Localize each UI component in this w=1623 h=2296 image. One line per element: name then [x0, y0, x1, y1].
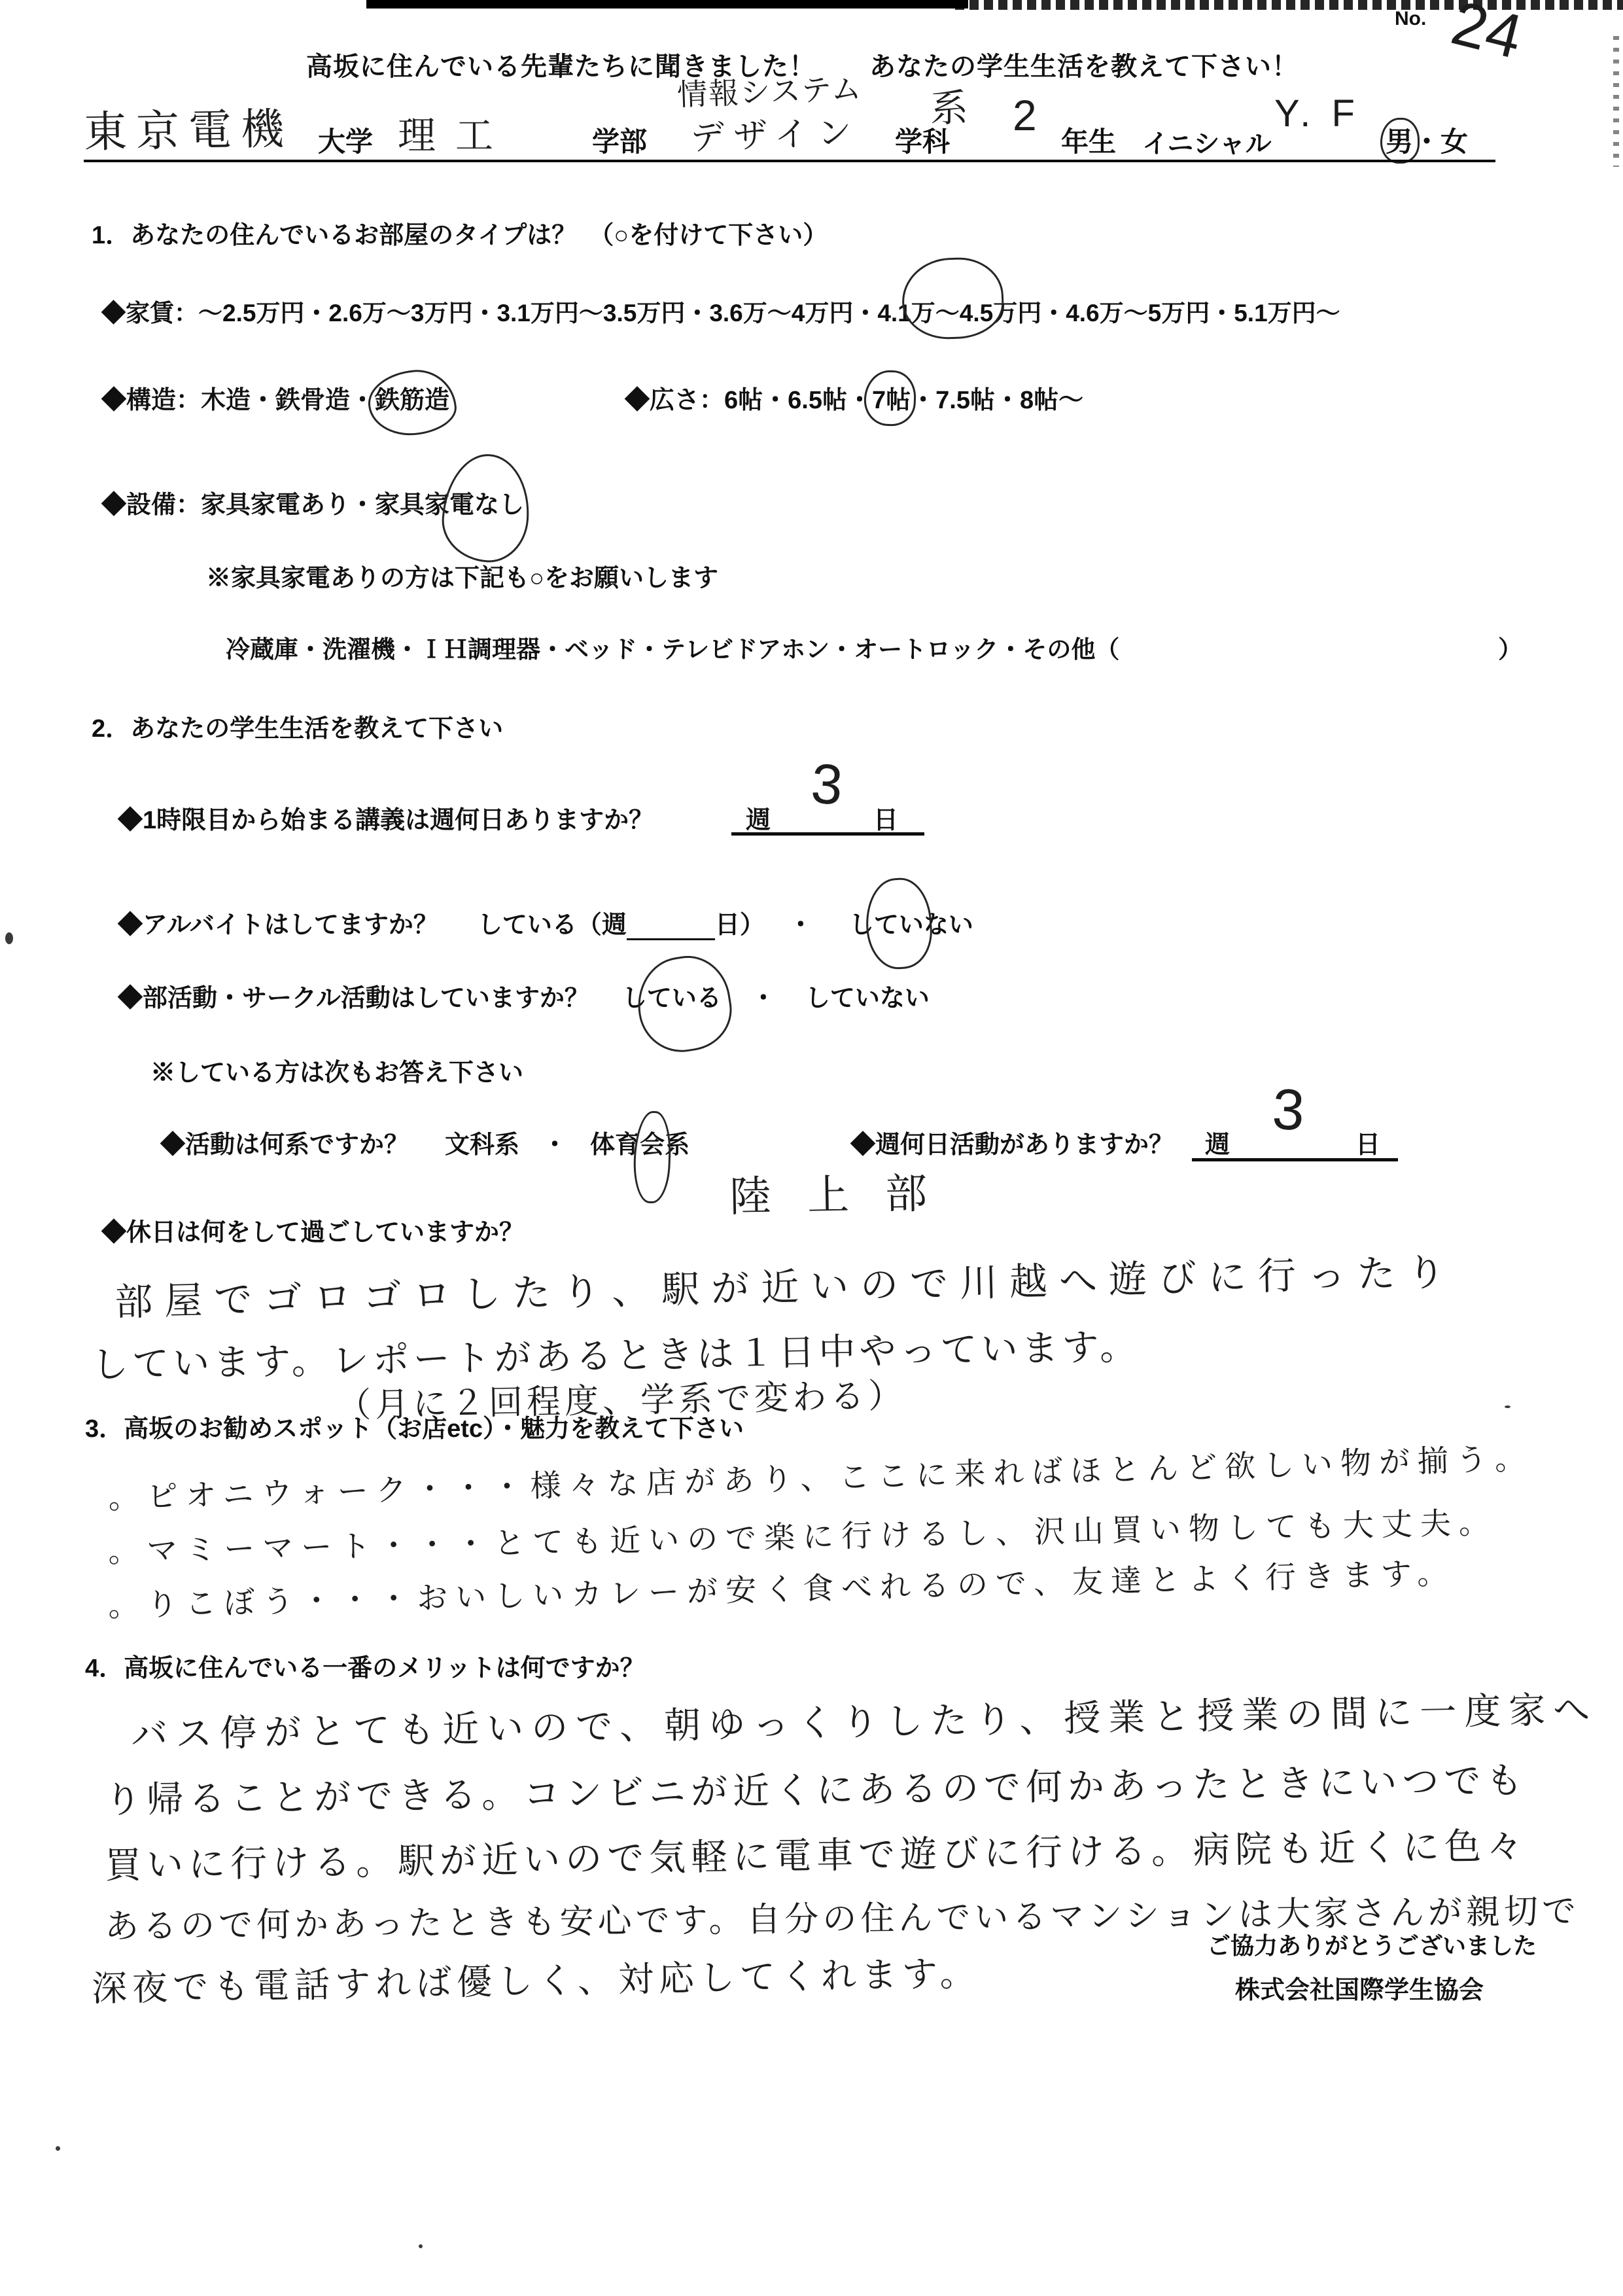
footer-thanks: ご協力ありがとうございました: [1207, 1928, 1537, 1961]
rent-selected-circle: 万～4.5: [911, 293, 993, 328]
activity-day-label: 日: [1355, 1124, 1380, 1160]
scan-speck: [1505, 1405, 1510, 1408]
club-not-option: していない: [805, 985, 930, 1012]
faculty-handwritten: 理工: [398, 105, 513, 160]
sheet-number-label: No.: [1395, 8, 1426, 30]
initial-label: イニシャル: [1142, 123, 1272, 160]
parttime-doing-option: している（週: [478, 911, 627, 939]
activity-taiiku-circled: 会: [640, 1124, 665, 1160]
activity-taiiku-circled-text: 会: [640, 1131, 665, 1159]
scan-artifact-top-bar: [366, 0, 968, 9]
club-doing-circled-text: ている: [647, 985, 722, 1012]
q2-club-line: ◆部活動・サークル活動はしていますか？している・していない: [118, 978, 930, 1014]
sheet-number-value-handwritten: 24: [1444, 0, 1529, 73]
equipment-selected-circle: なし: [474, 484, 524, 520]
year-label: 年生: [1061, 120, 1116, 160]
q1-note: ※家具家電ありの方は下記も○をお願いします: [206, 557, 718, 593]
q1-structure-line: ◆構造：木造・鉄骨造・鉄筋造: [101, 380, 449, 415]
q2-holiday-question: ◆休日は何をして過ごしていますか？: [101, 1212, 524, 1248]
scan-speck: [419, 2244, 423, 2248]
parttime-not-circled-text: てい: [874, 911, 924, 939]
size-options-post: ・7.5帖・8帖～: [911, 387, 1083, 414]
parttime-not-post: ない: [924, 911, 973, 939]
holiday-answer-line1: 部屋でゴロゴロしたり、駅が近いので川越へ遊びに行ったり: [114, 1241, 1457, 1327]
parttime-days-blank: [627, 912, 715, 940]
q4-answer-line5: 深夜でも電話すれば優しく、対応してくれます。: [91, 1945, 981, 2011]
scan-speck: [56, 2146, 60, 2151]
q2-parttime-line: ◆アルバイトはしてますか？している（週日）・していない: [118, 904, 973, 940]
equipment-options-pre: 家具家電あり・家具家電: [201, 491, 474, 519]
q2-note: ※している方は次もお答え下さい: [150, 1052, 523, 1088]
q2-activity-days-question: ◆週何日活動がありますか？: [850, 1124, 1174, 1160]
q4-answer-line3: 買いに行ける。駅が近いので気軽に電車で遊びに行ける。病院も近くに色々: [105, 1817, 1529, 1889]
year-handwritten: 2: [1013, 90, 1037, 140]
gender-male-circled: 男: [1386, 120, 1413, 160]
club-doing-pre: し: [622, 985, 647, 1012]
footer-company-name: 株式会社国際学生協会: [1235, 1969, 1484, 2005]
q2-title: 2．あなたの学生生活を教えて下さい: [92, 708, 503, 744]
gender-male-label: 男: [1386, 126, 1413, 157]
activity-question: ◆活動は何系ですか？: [160, 1131, 409, 1159]
club-question: ◆部活動・サークル活動はしていますか？: [118, 985, 589, 1012]
equipment-selected-option: なし: [474, 491, 524, 519]
department-handwritten-line2: デザイン: [689, 104, 862, 159]
q4-answer-line1: バス停がとても近いので、朝ゆっくりしたり、授業と授業の間に一度家へ: [130, 1680, 1597, 1758]
structure-selected-circle: 鉄筋造: [375, 380, 449, 415]
q3-title: 3．高坂のお勧めスポット（お店etc）・魅力を教えて下さい: [85, 1408, 744, 1444]
lecture-day-label: 日: [873, 800, 898, 836]
size-label: ◆広さ：: [625, 387, 724, 414]
parttime-doing-close: 日）: [715, 911, 752, 939]
q2-activity-line: ◆活動は何系ですか？文科系・体育会系: [160, 1124, 689, 1160]
scan-speck: [5, 932, 13, 944]
university-label: 大学: [318, 120, 373, 160]
q1-appliance-close-paren: ）: [1498, 629, 1522, 665]
gender-options: 男・女: [1386, 120, 1468, 160]
scan-artifact-right-edge: [1613, 36, 1619, 167]
lecture-week-label: 週: [746, 800, 771, 836]
activity-days-handwritten: 3: [1270, 1076, 1306, 1144]
equipment-label: ◆設備：: [101, 491, 201, 519]
q4-answer-line2: り帰ることができる。コンビニが近くにあるので何かあったときにいつでも: [105, 1752, 1528, 1824]
rent-options-post: 万円・4.6万～5万円・5.1万円～: [993, 300, 1340, 327]
parttime-question: ◆アルバイトはしてますか？: [118, 911, 438, 939]
club-name-handwritten: 陸上部: [729, 1159, 964, 1224]
q1-equipment-line: ◆設備：家具家電あり・家具家電なし: [101, 484, 524, 520]
scanned-survey-sheet: No. 24 高坂に住んでいる先輩たちに聞きました！ あなたの学生生活を教えて下…: [0, 0, 1623, 2296]
rent-options-pre: ～2.5万円・2.6万～3万円・3.1万円～3.5万円・3.6万～4万円・4.1: [198, 300, 911, 327]
parttime-separator: ・: [788, 911, 813, 939]
activity-taiiku-pre: 体育: [590, 1131, 640, 1159]
lecture-days-handwritten: 3: [809, 751, 845, 818]
q4-title: 4．高坂に住んでいる一番のメリットは何ですか？: [85, 1648, 645, 1684]
q1-appliance-list: 冷蔵庫・洗濯機・ＩＨ調理器・ベッド・テレビドアホン・オートロック・その他（: [226, 629, 1119, 665]
parttime-not-circled: てい: [874, 904, 924, 940]
size-selected-option: 7帖: [872, 387, 911, 414]
structure-options-pre: 木造・鉄骨造・: [201, 387, 375, 414]
gender-separator: ・: [1413, 126, 1440, 157]
size-options-pre: 6帖・6.5帖・: [724, 387, 872, 414]
structure-selected-option: 鉄筋造: [375, 387, 449, 414]
profile-row-underline: [84, 160, 1495, 162]
activity-separator: ・: [542, 1131, 567, 1159]
q1-title: 1．あなたの住んでいるお部屋のタイプは？ （○を付けて下さい）: [92, 215, 828, 251]
activity-taiiku-post: 系: [665, 1131, 689, 1159]
activity-week-label: 週: [1205, 1124, 1230, 1160]
club-separator: ・: [751, 985, 776, 1012]
q2-lecture-question: ◆1時限目から始まる講義は週何日ありますか？: [118, 800, 654, 836]
rent-label: ◆家賃：: [101, 300, 198, 327]
q1-size-line: ◆広さ：6帖・6.5帖・7帖・7.5帖・8帖～: [625, 380, 1083, 415]
department-label: 学科: [895, 120, 950, 160]
activity-option-bunka: 文科系: [445, 1131, 519, 1159]
university-name-handwritten: 東京電機: [83, 94, 294, 160]
gender-female-label: 女: [1440, 126, 1468, 157]
initial-handwritten: Y. F: [1274, 92, 1360, 135]
club-doing-circled: ている: [647, 978, 722, 1014]
size-selected-circle: 7帖: [872, 380, 911, 415]
q1-rent-line: ◆家賃：～2.5万円・2.6万～3万円・3.1万円～3.5万円・3.6万～4万円…: [101, 293, 1340, 328]
faculty-label: 学部: [592, 120, 647, 160]
parttime-not-pre: し: [849, 911, 874, 939]
structure-label: ◆構造：: [101, 387, 201, 414]
rent-selected-option: 万～4.5: [911, 300, 993, 327]
